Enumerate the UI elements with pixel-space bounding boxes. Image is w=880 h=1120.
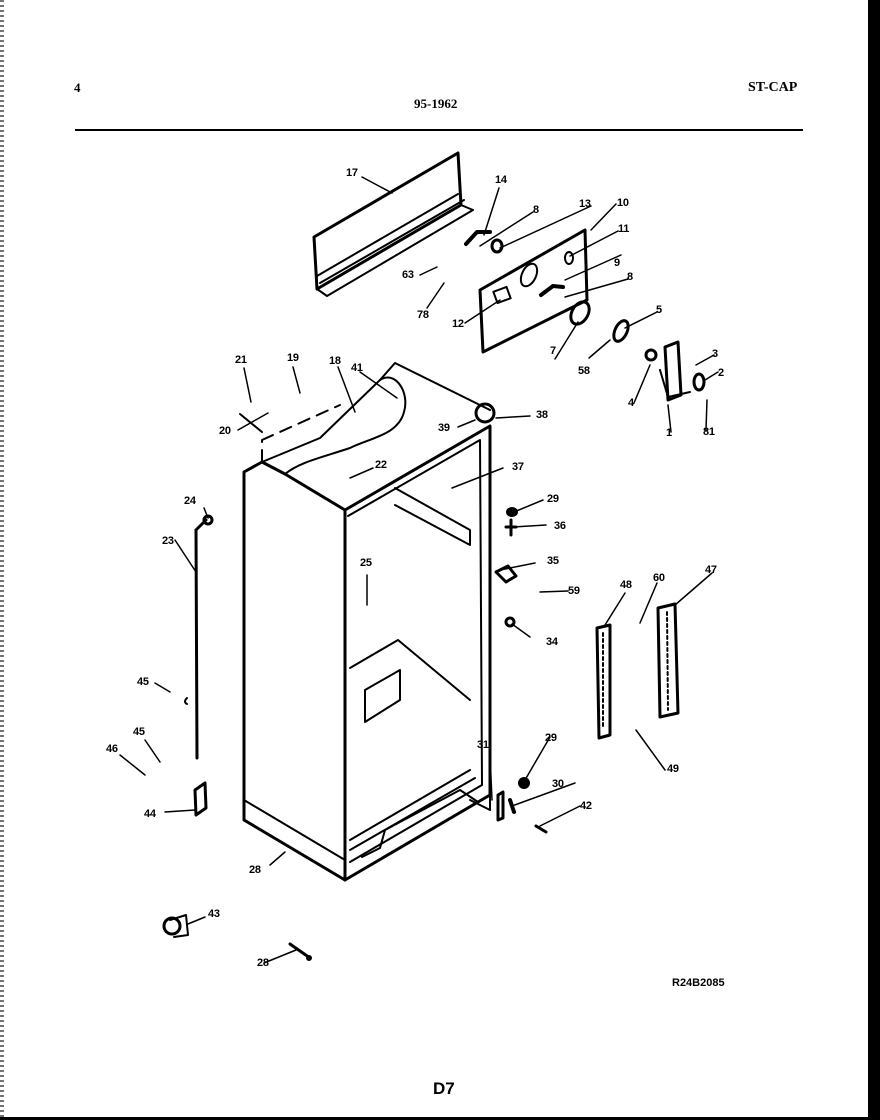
callout-48: 48: [620, 580, 632, 591]
callout-25: 25: [360, 558, 372, 569]
callout-8: 8: [533, 205, 539, 216]
callout-42: 42: [580, 801, 592, 812]
callout-41: 41: [351, 363, 363, 374]
callout-28-screw: 28: [257, 958, 269, 969]
callout-18: 18: [329, 356, 341, 367]
control-housing-part: [466, 230, 631, 352]
cabinet-part: [240, 363, 494, 880]
callout-47: 47: [705, 565, 717, 576]
callout-11: 11: [618, 224, 629, 235]
callout-12: 12: [452, 319, 464, 330]
callout-63: 63: [402, 270, 414, 281]
hinge-hardware: [496, 508, 546, 832]
shelf-supports: [597, 604, 678, 738]
callout-36: 36: [554, 521, 566, 532]
callout-13: 13: [579, 199, 591, 210]
callout-19: 19: [287, 353, 299, 364]
drawing-code: R24B2085: [672, 977, 725, 989]
callout-8b: 8: [627, 272, 633, 283]
parts-diagram-page: 4 95-1962 ST-CAP: [0, 0, 880, 1120]
callout-23: 23: [162, 536, 174, 547]
callout-59: 59: [568, 586, 580, 597]
callout-29b: 29: [545, 733, 557, 744]
page-code: D7: [433, 1079, 455, 1099]
callout-34: 34: [546, 637, 558, 648]
callout-5: 5: [656, 305, 662, 316]
callout-1: 1: [666, 428, 672, 439]
callout-58: 58: [578, 366, 590, 377]
callout-44: 44: [144, 809, 156, 820]
exploded-view-drawing: [0, 0, 880, 1120]
callout-30: 30: [552, 779, 564, 790]
callout-7: 7: [550, 346, 556, 357]
callout-17: 17: [346, 168, 358, 179]
top-trim-part: [314, 153, 473, 296]
callout-81: 81: [703, 427, 715, 438]
callout-45a: 45: [137, 677, 149, 688]
callout-14: 14: [495, 175, 507, 186]
callout-78: 78: [417, 310, 429, 321]
callout-21: 21: [235, 355, 247, 366]
leader-lines: [120, 177, 718, 963]
callout-37: 37: [512, 462, 524, 473]
callout-35: 35: [547, 556, 559, 567]
callout-4: 4: [628, 398, 634, 409]
callout-31: 31: [477, 740, 489, 751]
side-parts: [164, 516, 311, 960]
callout-29: 29: [547, 494, 559, 505]
callout-46: 46: [106, 744, 118, 755]
callout-2: 2: [718, 368, 724, 379]
callout-22: 22: [375, 460, 387, 471]
callout-28-cabinet: 28: [249, 865, 261, 876]
callout-43: 43: [208, 909, 220, 920]
callout-9: 9: [614, 258, 620, 269]
callout-60: 60: [653, 573, 665, 584]
callout-24: 24: [184, 496, 196, 507]
callout-38: 38: [536, 410, 548, 421]
callout-20: 20: [219, 426, 231, 437]
callout-3: 3: [712, 349, 718, 360]
callout-45b: 45: [133, 727, 145, 738]
top-hinge-part: [646, 342, 704, 400]
callout-10: 10: [617, 198, 629, 209]
callout-49: 49: [667, 764, 679, 775]
callout-39: 39: [438, 423, 450, 434]
